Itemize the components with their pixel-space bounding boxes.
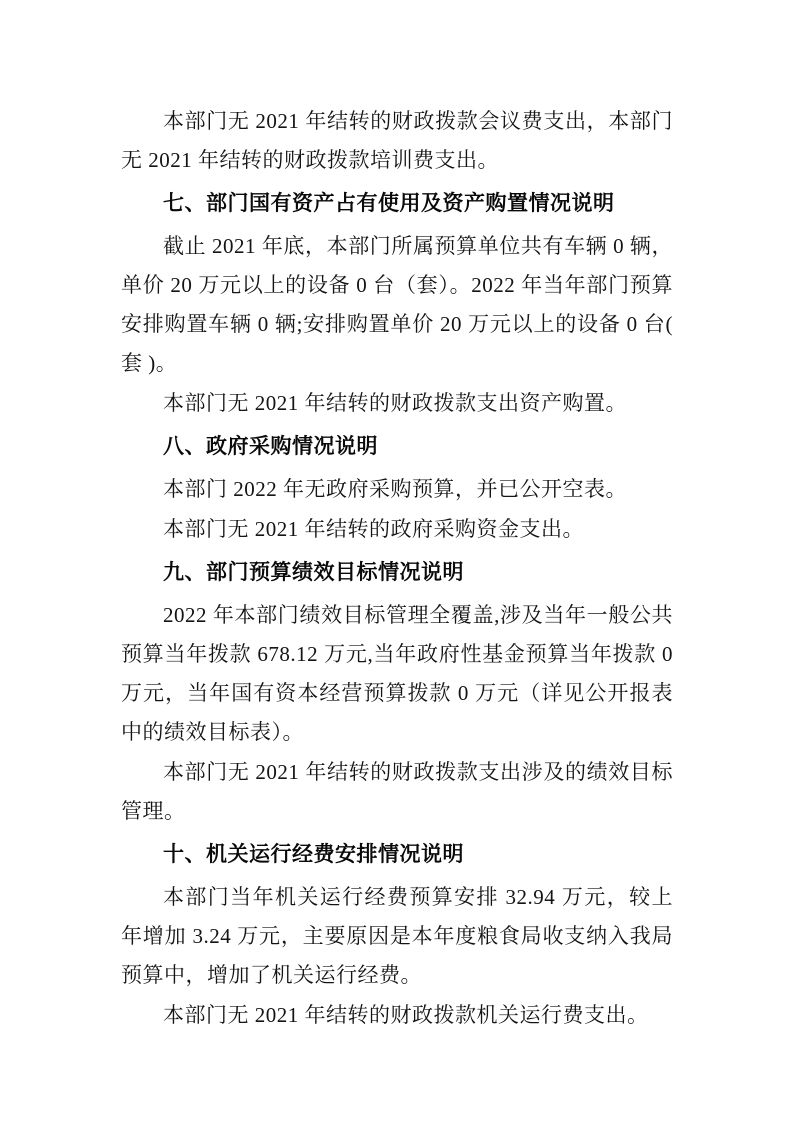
heading-section-10-operating-funds: 十、机关运行经费安排情况说明 xyxy=(121,835,673,874)
para-no-procurement-budget-2022: 本部门 2022 年无政府采购预算，并已公开空表。 xyxy=(121,470,673,509)
para-performance-target-coverage: 2022 年本部门绩效目标管理全覆盖,涉及当年一般公共预算当年拨款 678.12… xyxy=(121,596,673,752)
para-no-carryover-performance-management: 本部门无 2021 年结转的财政拨款支出涉及的绩效目标管理。 xyxy=(121,753,673,831)
para-no-carryover-asset-purchase: 本部门无 2021 年结转的财政拨款支出资产购置。 xyxy=(121,384,673,423)
para-no-carryover-procurement-funds: 本部门无 2021 年结转的政府采购资金支出。 xyxy=(121,510,673,549)
heading-section-9-performance-targets: 九、部门预算绩效目标情况说明 xyxy=(121,553,673,592)
para-operating-funds-budget: 本部门当年机关运行经费预算安排 32.94 万元，较上年增加 3.24 万元，主… xyxy=(121,878,673,995)
para-no-carryover-operating-expense: 本部门无 2021 年结转的财政拨款机关运行费支出。 xyxy=(121,996,673,1035)
para-assets-vehicles-equipment: 截止 2021 年底，本部门所属预算单位共有车辆 0 辆，单价 20 万元以上的… xyxy=(121,227,673,383)
para-no-carryover-meeting-training-expense: 本部门无 2021 年结转的财政拨款会议费支出，本部门无 2021 年结转的财政… xyxy=(121,102,673,180)
heading-section-7-state-assets: 七、部门国有资产占有使用及资产购置情况说明 xyxy=(121,184,673,223)
heading-section-8-government-procurement: 八、政府采购情况说明 xyxy=(121,427,673,466)
document-page: 本部门无 2021 年结转的财政拨款会议费支出，本部门无 2021 年结转的财政… xyxy=(0,0,793,1122)
document-body: 本部门无 2021 年结转的财政拨款会议费支出，本部门无 2021 年结转的财政… xyxy=(121,102,673,1035)
